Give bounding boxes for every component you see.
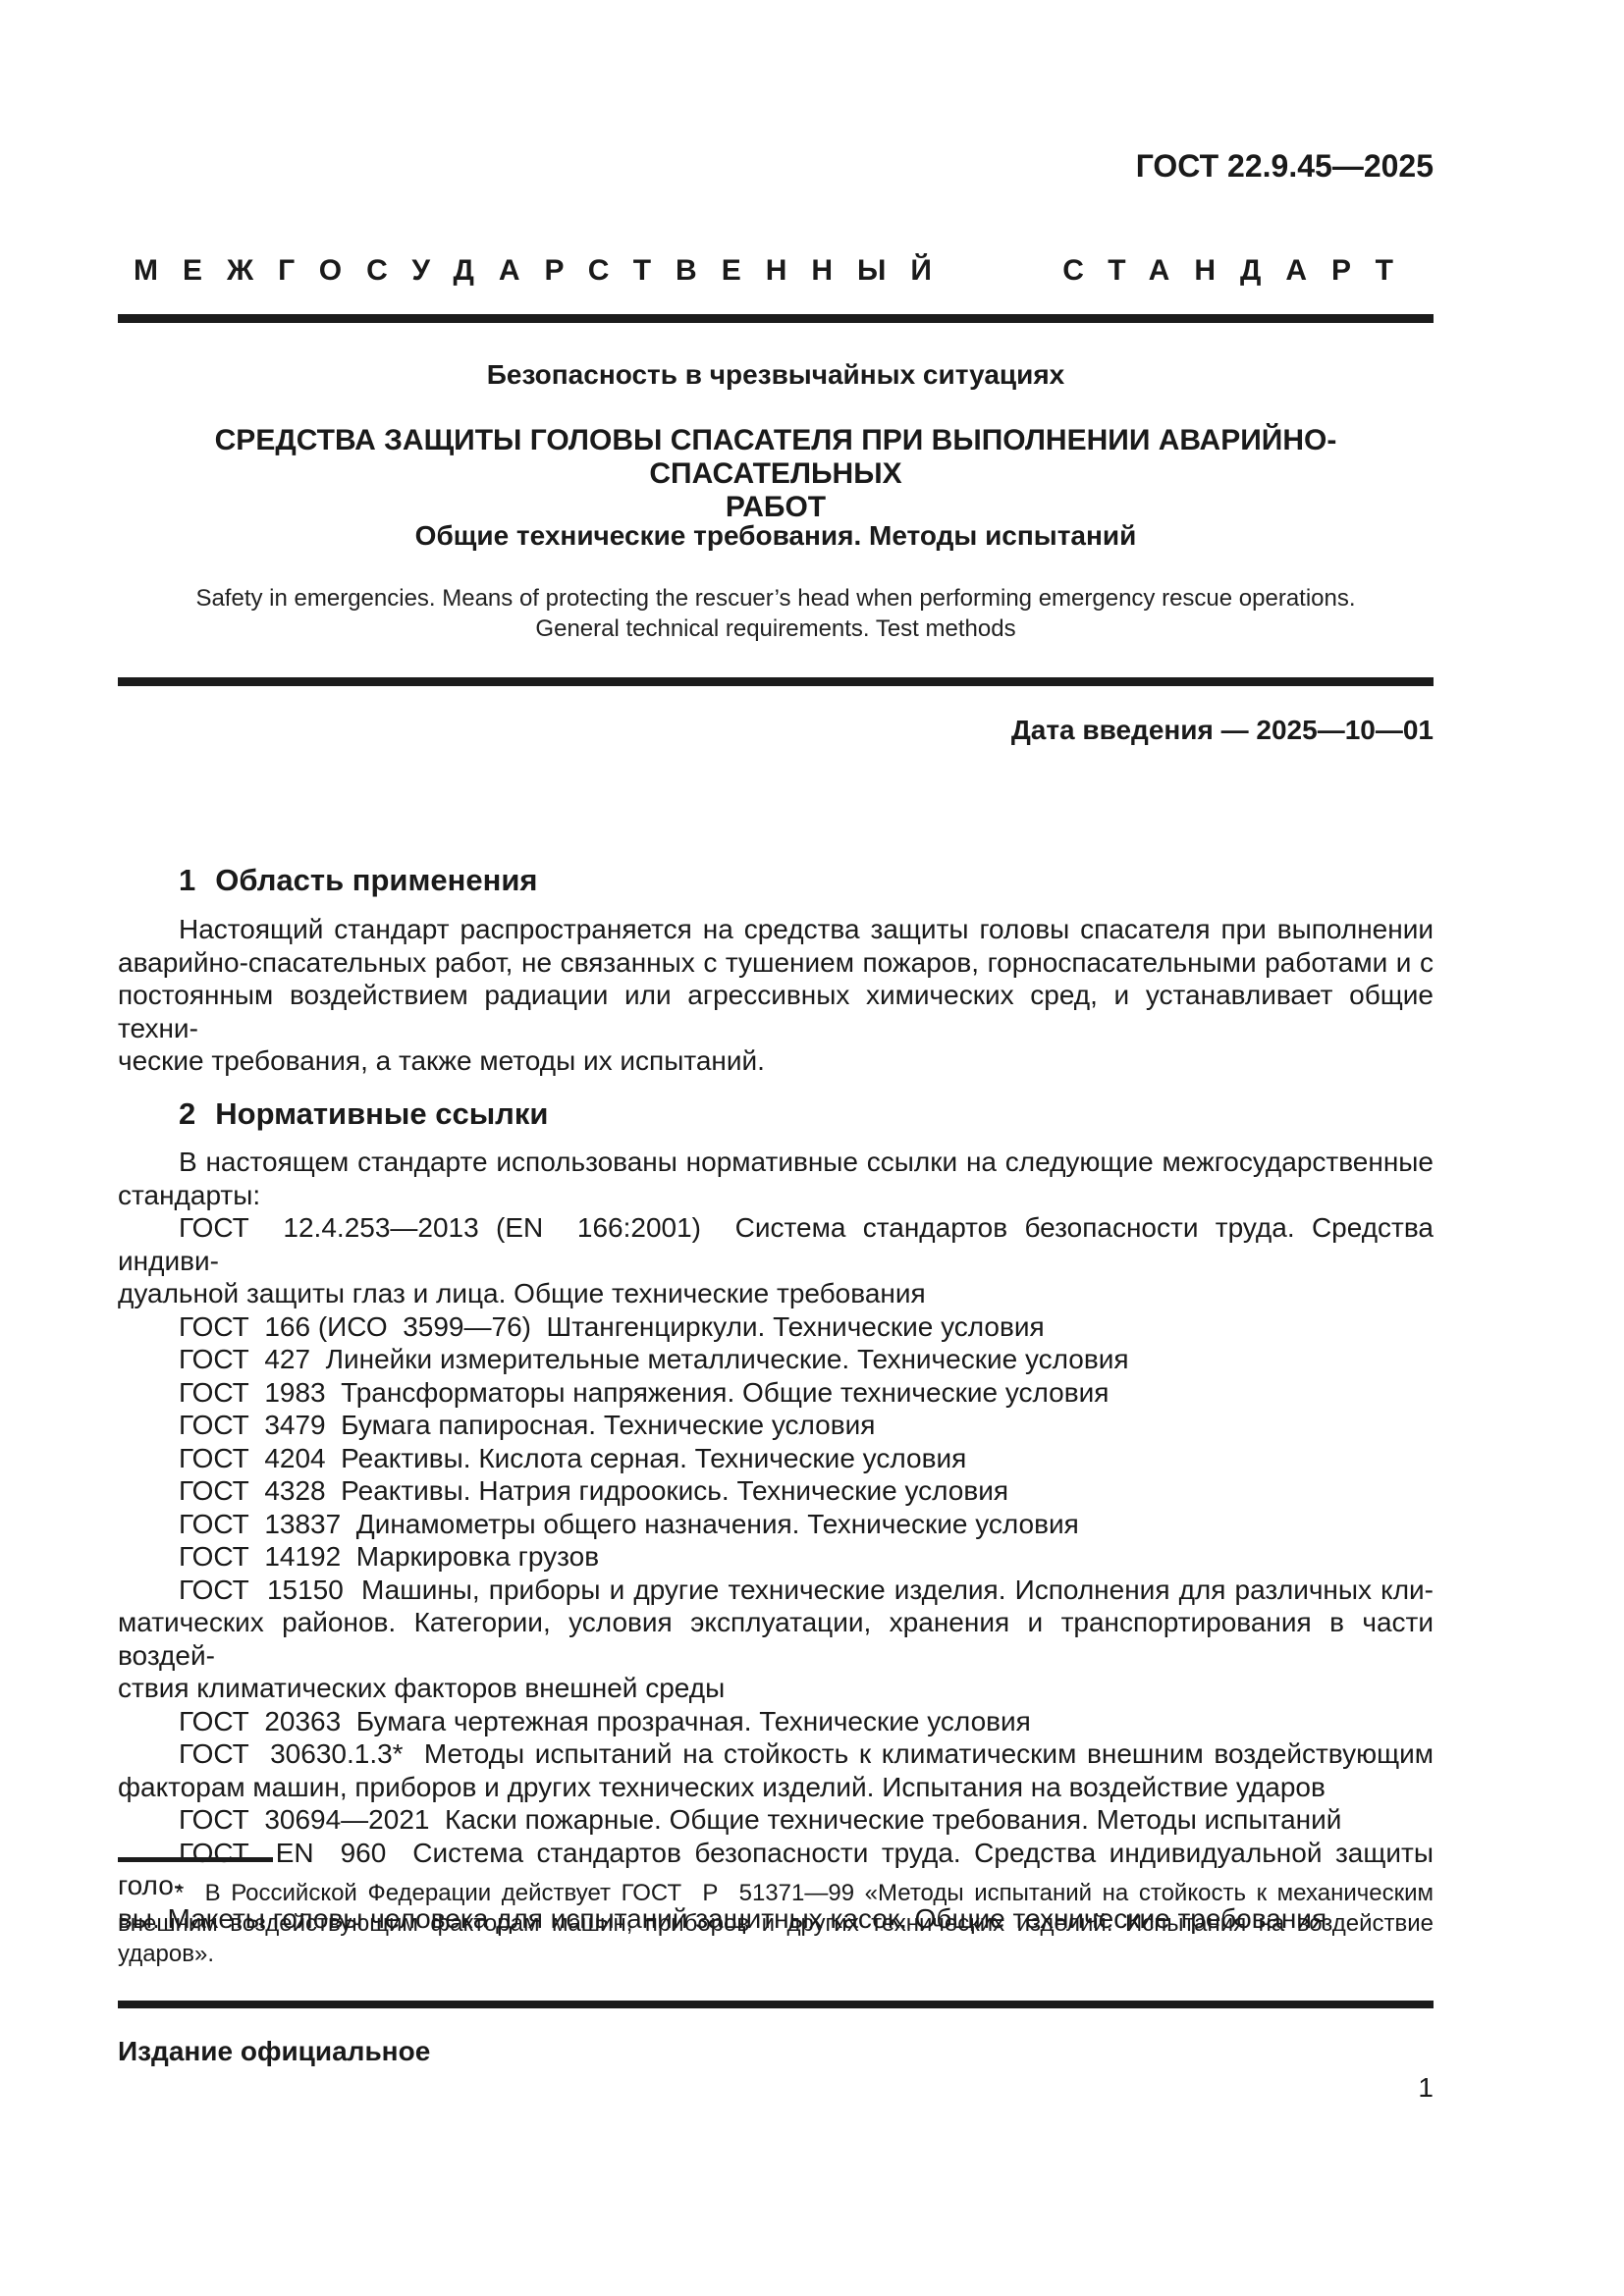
section-2-title: Нормативные ссылки [215,1096,548,1131]
text-line: ГОСТ 1983 Трансформаторы напряжения. Общ… [118,1376,1434,1410]
text-line: В настоящем стандарте использованы норма… [118,1146,1434,1179]
text-line: ГОСТ 30694—2021 Каски пожарные. Общие те… [118,1803,1434,1837]
text-line: стандарты: [118,1179,1434,1212]
bottom-rule [118,2001,1434,2008]
subtitle: Общие технические требования. Методы исп… [118,520,1434,552]
text-line: ГОСТ 13837 Динамометры общего назначения… [118,1508,1434,1541]
section-1-heading: 1Область применения [118,862,1434,899]
text-line: ударов». [118,1939,1434,1969]
text-line: внешним воздействующим факторам машин, п… [118,1908,1434,1939]
subject-title: Безопасность в чрезвычайных ситуациях [118,359,1434,391]
text-line: ГОСТ 12.4.253—2013 (EN 166:2001) Система… [118,1211,1434,1277]
section-2-number: 2 [179,1096,195,1131]
doc-number: ГОСТ 22.9.45—2025 [118,147,1434,185]
text-line: ГОСТ 20363 Бумага чертежная прозрачная. … [118,1705,1434,1738]
section-1-number: 1 [179,863,195,897]
english-title-line2: General technical requirements. Test met… [118,614,1434,644]
text-line: матических районов. Категории, условия э… [118,1606,1434,1672]
main-title-line2: РАБОТ [118,491,1434,524]
main-title-line1: СРЕДСТВА ЗАЩИТЫ ГОЛОВЫ СПАСАТЕЛЯ ПРИ ВЫП… [118,424,1434,491]
title-block-rule [118,677,1434,686]
text-line: ГОСТ 427 Линейки измерительные металличе… [118,1343,1434,1376]
section-1-title: Область применения [215,863,537,897]
text-line: ствия климатических факторов внешней сре… [118,1672,1434,1705]
text-line: ГОСТ 3479 Бумага папиросная. Технические… [118,1409,1434,1442]
scope-paragraph: Настоящий стандарт распространяется на с… [118,913,1434,1078]
text-line: ГОСТ 166 (ИСО 3599—76) Штангенциркули. Т… [118,1310,1434,1344]
effective-date: Дата введения — 2025—10—01 [118,715,1434,746]
section-2-heading: 2Нормативные ссылки [118,1095,1434,1133]
edition-note: Издание официальное [118,2034,1434,2069]
text-line: * В Российской Федерации действует ГОСТ … [118,1878,1434,1908]
text-line: Настоящий стандарт распространяется на с… [118,913,1434,946]
page-number: 1 [118,2071,1434,2105]
gost-reference-list: ГОСТ 12.4.253—2013 (EN 166:2001) Система… [118,1211,1434,1935]
standard-type-banner: МЕЖГОСУДАРСТВЕННЫЙ СТАНДАРТ [118,253,1434,289]
english-title: Safety in emergencies. Means of protecti… [118,583,1434,644]
top-rule [118,314,1434,323]
text-line: дуальной защиты глаз и лица. Общие техни… [118,1277,1434,1310]
english-title-line1: Safety in emergencies. Means of protecti… [118,583,1434,614]
text-line: ГОСТ 30630.1.3* Методы испытаний на стой… [118,1737,1434,1771]
text-line: ГОСТ 4204 Реактивы. Кислота серная. Техн… [118,1442,1434,1475]
text-line: факторам машин, приборов и других технич… [118,1771,1434,1804]
text-line: постоянным воздействием радиации или агр… [118,979,1434,1044]
footnote-rule [118,1857,273,1862]
text-line: ГОСТ 15150 Машины, приборы и другие техн… [118,1574,1434,1607]
document-page: ГОСТ 22.9.45—2025 МЕЖГОСУДАРСТВЕННЫЙ СТА… [0,0,1624,2296]
text-line: ГОСТ 14192 Маркировка грузов [118,1540,1434,1574]
text-line: ГОСТ 4328 Реактивы. Натрия гидроокись. Т… [118,1474,1434,1508]
main-title: СРЕДСТВА ЗАЩИТЫ ГОЛОВЫ СПАСАТЕЛЯ ПРИ ВЫП… [118,424,1434,524]
references-intro-paragraph: В настоящем стандарте использованы норма… [118,1146,1434,1211]
text-line: аварийно-спасательных работ, не связанны… [118,946,1434,980]
footnote: * В Российской Федерации действует ГОСТ … [118,1878,1434,1969]
text-line: ческие требования, а также методы их исп… [118,1044,1434,1078]
